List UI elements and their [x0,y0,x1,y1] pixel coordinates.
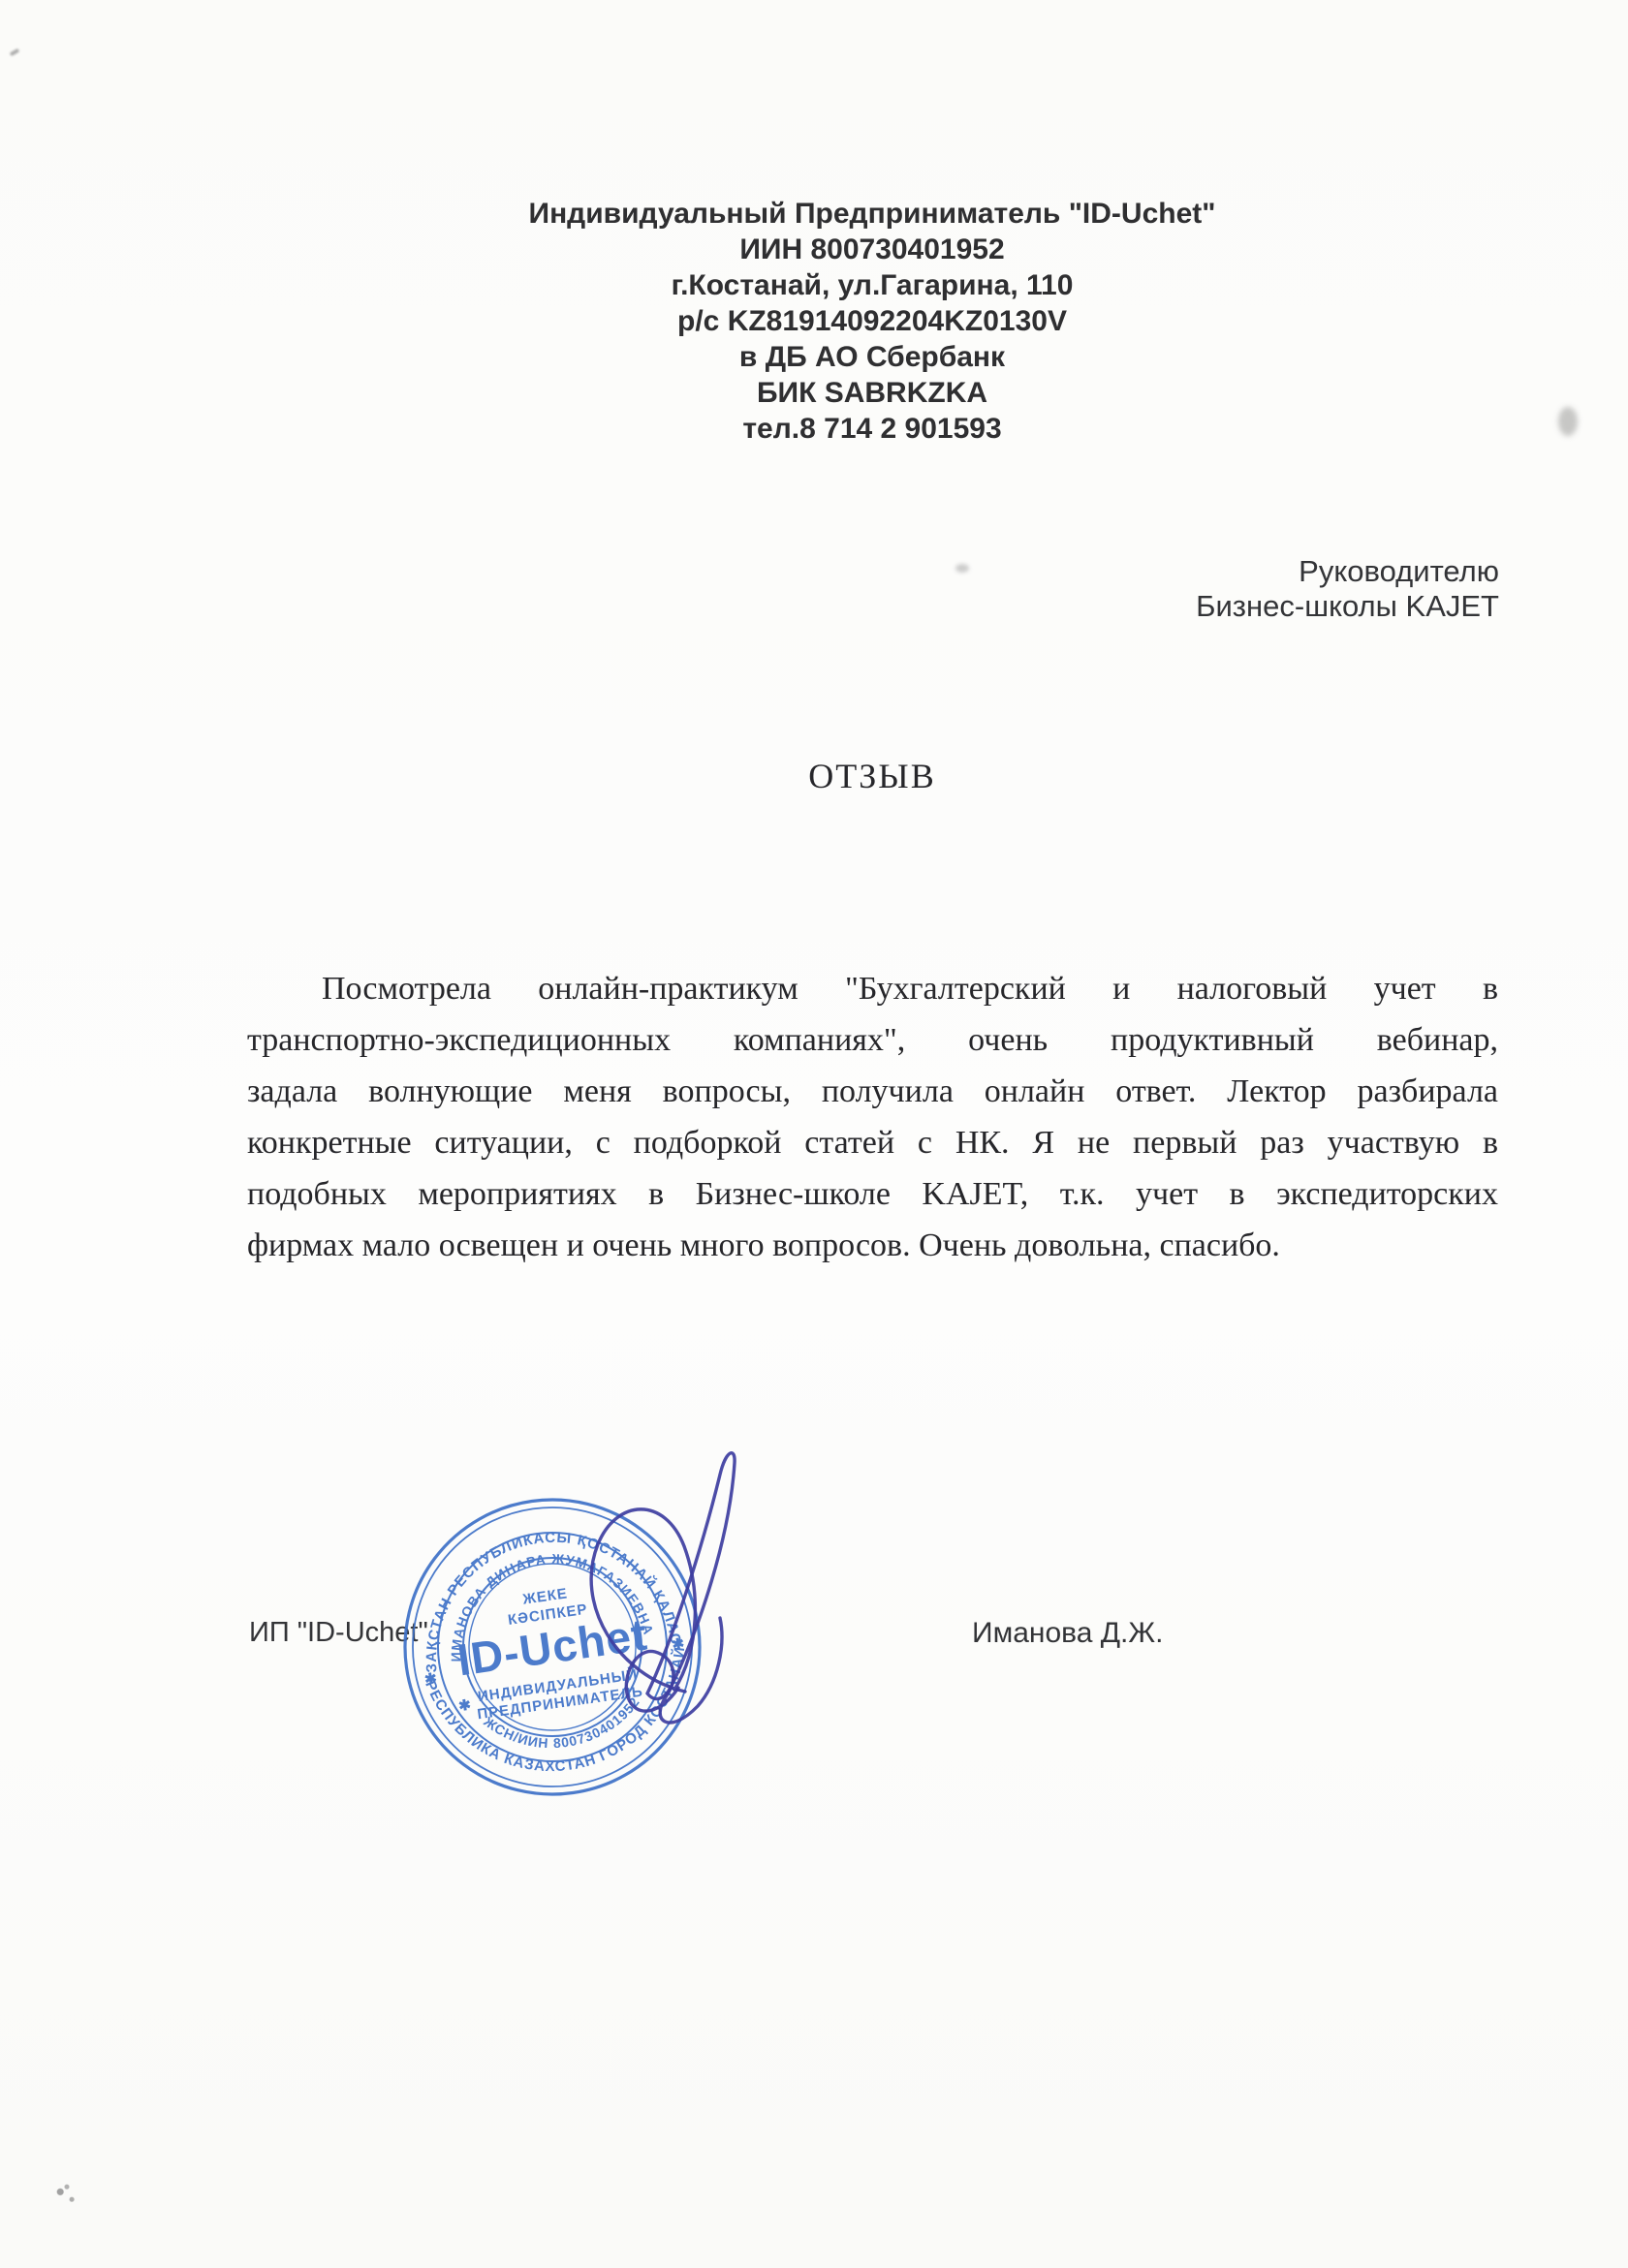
stamp-star-left: ✱ [423,1670,438,1689]
body-line: фирмах мало освещен и очень много вопрос… [247,1220,1498,1271]
body-line: подобных мероприятиях в Бизнес-школе KAJ… [247,1168,1498,1220]
letterhead-iin: ИИН 800730401952 [529,232,1216,267]
letterhead-address: г.Костанай, ул.Гагарина, 110 [529,267,1216,303]
letterhead-company-name: Индивидуальный Предприниматель "ID-Uchet… [529,196,1216,232]
scan-artifact [50,2182,83,2207]
scanned-letter-page: Индивидуальный Предприниматель "ID-Uchet… [0,0,1628,2268]
letterhead: Индивидуальный Предприниматель "ID-Uchet… [529,196,1216,447]
letterhead-bik: БИК SABRKZKA [529,375,1216,411]
review-body: Посмотрела онлайн-практикум "Бухгалтерск… [247,963,1498,1271]
body-line: конкретные ситуации, с подборкой статей … [247,1117,1498,1168]
scan-artifact [955,564,969,573]
handwritten-signature [523,1385,930,1928]
body-line: транспортно-экспедиционных компаниях", о… [247,1014,1498,1066]
recipient-block: Руководителю Бизнес-школы KAJET [1196,554,1499,624]
scan-artifact [10,48,20,56]
signer-name: Иманова Д.Ж. [972,1617,1163,1650]
signature-stroke [591,1509,695,1692]
recipient-line-2: Бизнес-школы KAJET [1196,589,1499,624]
letterhead-phone: тел.8 714 2 901593 [529,411,1216,447]
stamp-star-inner: ✱ [457,1696,472,1715]
recipient-line-1: Руководителю [1196,554,1499,589]
signature-stroke [647,1453,735,1699]
body-line: Посмотрела онлайн-практикум "Бухгалтерск… [247,963,1498,1014]
scan-artifact [1558,407,1578,436]
letterhead-bank: в ДБ АО Сбербанк [529,339,1216,375]
letterhead-account: р/с KZ81914092204KZ0130V [529,303,1216,339]
review-title: ОТЗЫВ [808,756,935,796]
body-line: задала волнующие меня вопросы, получила … [247,1066,1498,1117]
